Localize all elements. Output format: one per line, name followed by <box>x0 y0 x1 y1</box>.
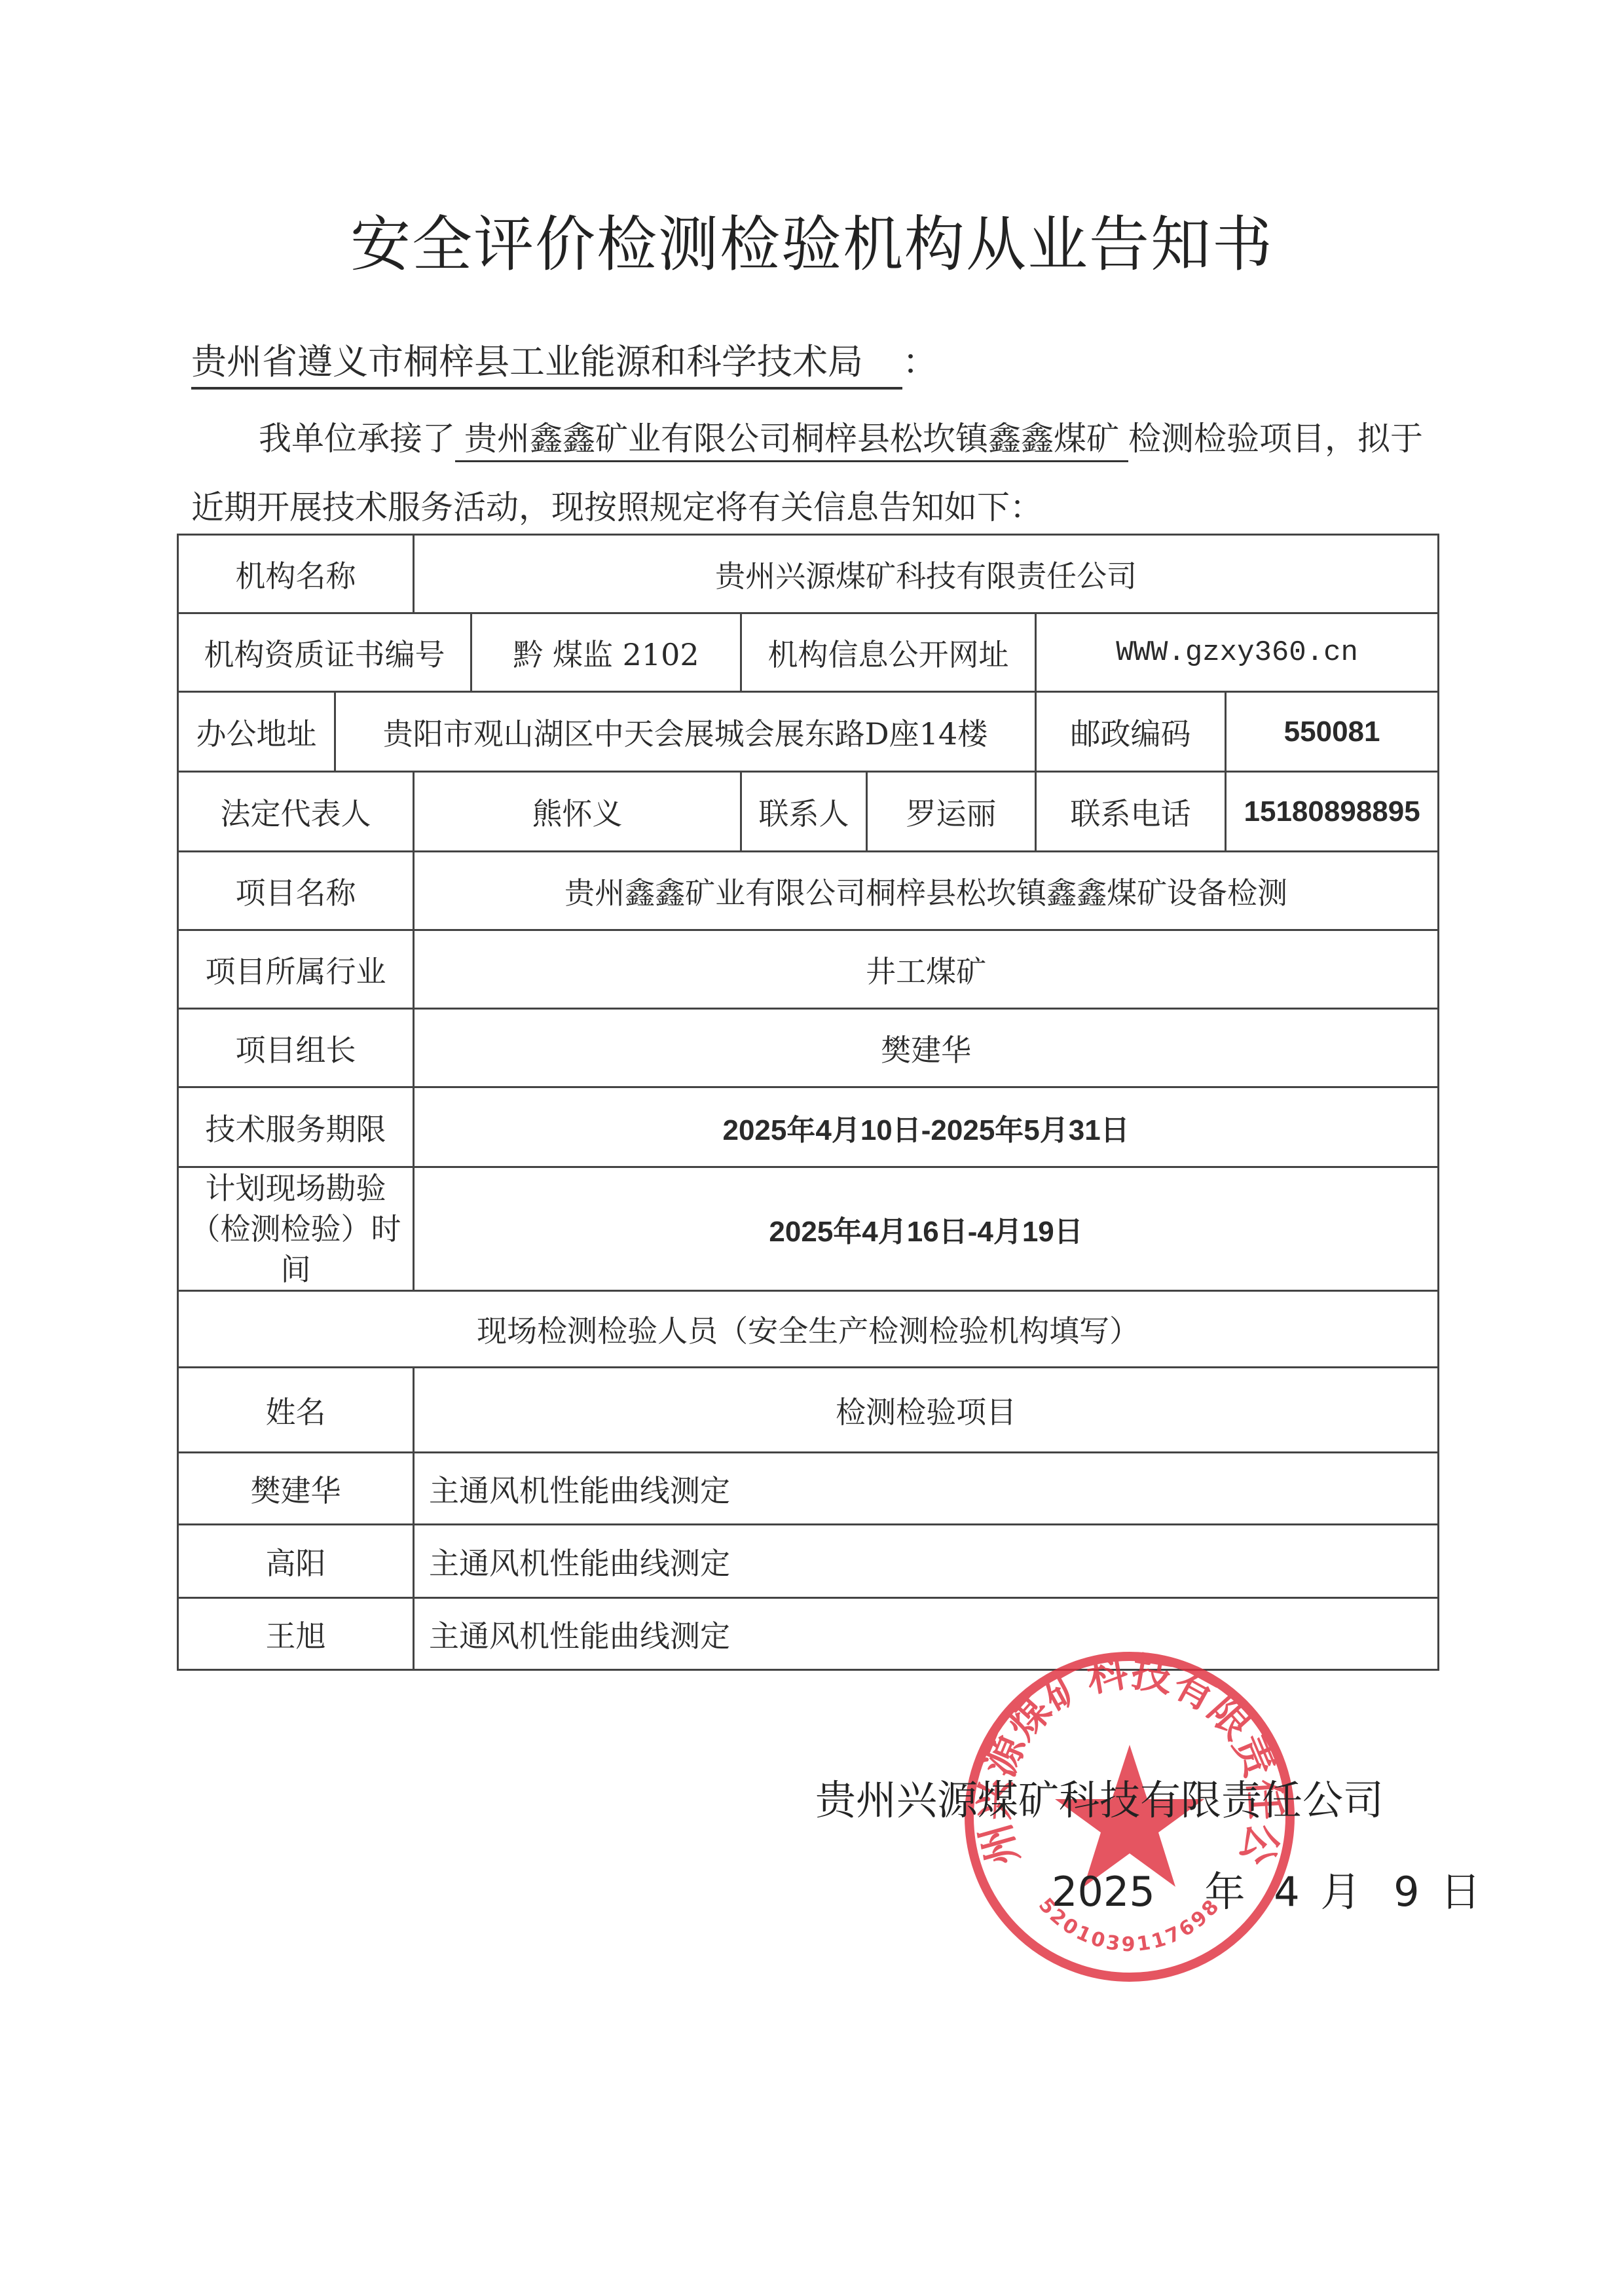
signature-company: 贵州兴源煤矿科技有限责任公司 <box>815 1768 1384 1826</box>
personnel-name: 高阳 <box>178 1525 414 1598</box>
value-org-name: 贵州兴源煤矿科技有限责任公司 <box>414 535 1439 613</box>
row-org-name: 机构名称 贵州兴源煤矿科技有限责任公司 <box>178 535 1439 613</box>
value-leader: 樊建华 <box>414 1009 1439 1087</box>
date-day: 9 <box>1393 1868 1419 1916</box>
row-legal-rep: 法定代表人 熊怀义 联系人 罗运丽 联系电话 15180898895 <box>178 772 1439 852</box>
personnel-item: 主通风机性能曲线测定 <box>414 1525 1439 1598</box>
signature-date: 2025 年 4 月 9 日 <box>1048 1859 1485 1918</box>
date-month: 4 <box>1274 1868 1299 1916</box>
label-leader: 项目组长 <box>178 1009 414 1087</box>
value-phone: 15180898895 <box>1226 772 1439 852</box>
label-org-name: 机构名称 <box>178 535 414 613</box>
col-header-item: 检测检验项目 <box>414 1368 1439 1453</box>
value-cert: 黔 煤监 2102 <box>471 613 741 692</box>
personnel-row: 高阳 主通风机性能曲线测定 <box>178 1525 1439 1598</box>
value-address: 贵阳市观山湖区中天会展城会展东路D座14楼 <box>335 692 1036 772</box>
document-title: 安全评价检测检验机构从业告知书 <box>0 196 1624 283</box>
row-project-name: 项目名称 贵州鑫鑫矿业有限公司桐梓县松坎镇鑫鑫煤矿设备检测 <box>178 852 1439 930</box>
value-postal: 550081 <box>1226 692 1439 772</box>
personnel-item: 主通风机性能曲线测定 <box>414 1453 1439 1525</box>
row-cert: 机构资质证书编号 黔 煤监 2102 机构信息公开网址 WWW.gzxy360.… <box>178 613 1439 692</box>
recipient-colon: ： <box>902 341 938 382</box>
label-legal-rep: 法定代表人 <box>178 772 414 852</box>
label-phone: 联系电话 <box>1036 772 1226 852</box>
date-year-unit: 年 <box>1205 1868 1246 1916</box>
intro-paragraph-line2: 近期开展技术服务活动，现按照规定将有关信息告知如下： <box>191 481 1043 528</box>
row-industry: 项目所属行业 井工煤矿 <box>178 930 1439 1009</box>
date-day-unit: 日 <box>1440 1868 1481 1916</box>
date-year: 2025 <box>1052 1868 1155 1916</box>
label-address: 办公地址 <box>178 692 335 772</box>
personnel-name: 王旭 <box>178 1598 414 1670</box>
row-personnel-header: 现场检测检验人员（安全生产检测检验机构填写） <box>178 1291 1439 1368</box>
row-leader: 项目组长 樊建华 <box>178 1009 1439 1087</box>
intro-paragraph-line1: 我单位承接了贵州鑫鑫矿业有限公司桐梓县松坎镇鑫鑫煤矿检测检验项目，拟于 <box>259 412 1423 460</box>
col-header-name: 姓名 <box>178 1368 414 1453</box>
recipient-name: 贵州省遵义市桐梓县工业能源和科学技术局 <box>191 334 902 390</box>
value-website: WWW.gzxy360.cn <box>1036 613 1439 692</box>
row-address: 办公地址 贵阳市观山湖区中天会展城会展东路D座14楼 邮政编码 550081 <box>178 692 1439 772</box>
recipient-line: 贵州省遵义市桐梓县工业能源和科学技术局： <box>191 334 938 390</box>
value-site-time: 2025年4月16日-4月19日 <box>414 1167 1439 1291</box>
label-site-time: 计划现场勘验（检测检验）时间 <box>178 1167 414 1291</box>
label-service-period: 技术服务期限 <box>178 1087 414 1167</box>
label-industry: 项目所属行业 <box>178 930 414 1009</box>
row-personnel-columns: 姓名 检测检验项目 <box>178 1368 1439 1453</box>
label-website: 机构信息公开网址 <box>741 613 1036 692</box>
intro-prefix: 我单位承接了 <box>259 420 455 458</box>
value-contact: 罗运丽 <box>867 772 1036 852</box>
value-industry: 井工煤矿 <box>414 930 1439 1009</box>
value-legal-rep: 熊怀义 <box>414 772 741 852</box>
personnel-row: 樊建华 主通风机性能曲线测定 <box>178 1453 1439 1525</box>
personnel-name: 樊建华 <box>178 1453 414 1525</box>
row-service-period: 技术服务期限 2025年4月10日-2025年5月31日 <box>178 1087 1439 1167</box>
personnel-section-header: 现场检测检验人员（安全生产检测检验机构填写） <box>178 1291 1439 1368</box>
row-site-time: 计划现场勘验（检测检验）时间 2025年4月16日-4月19日 <box>178 1167 1439 1291</box>
date-month-unit: 月 <box>1320 1868 1361 1916</box>
info-table: 机构名称 贵州兴源煤矿科技有限责任公司 机构资质证书编号 黔 煤监 2102 机… <box>177 534 1439 1671</box>
label-postal: 邮政编码 <box>1036 692 1226 772</box>
intro-suffix: 检测检验项目，拟于 <box>1128 420 1423 458</box>
label-contact: 联系人 <box>741 772 867 852</box>
intro-project-name: 贵州鑫鑫矿业有限公司桐梓县松坎镇鑫鑫煤矿 <box>455 420 1128 462</box>
label-cert: 机构资质证书编号 <box>178 613 471 692</box>
label-project-name: 项目名称 <box>178 852 414 930</box>
value-service-period: 2025年4月10日-2025年5月31日 <box>414 1087 1439 1167</box>
value-project-name: 贵州鑫鑫矿业有限公司桐梓县松坎镇鑫鑫煤矿设备检测 <box>414 852 1439 930</box>
